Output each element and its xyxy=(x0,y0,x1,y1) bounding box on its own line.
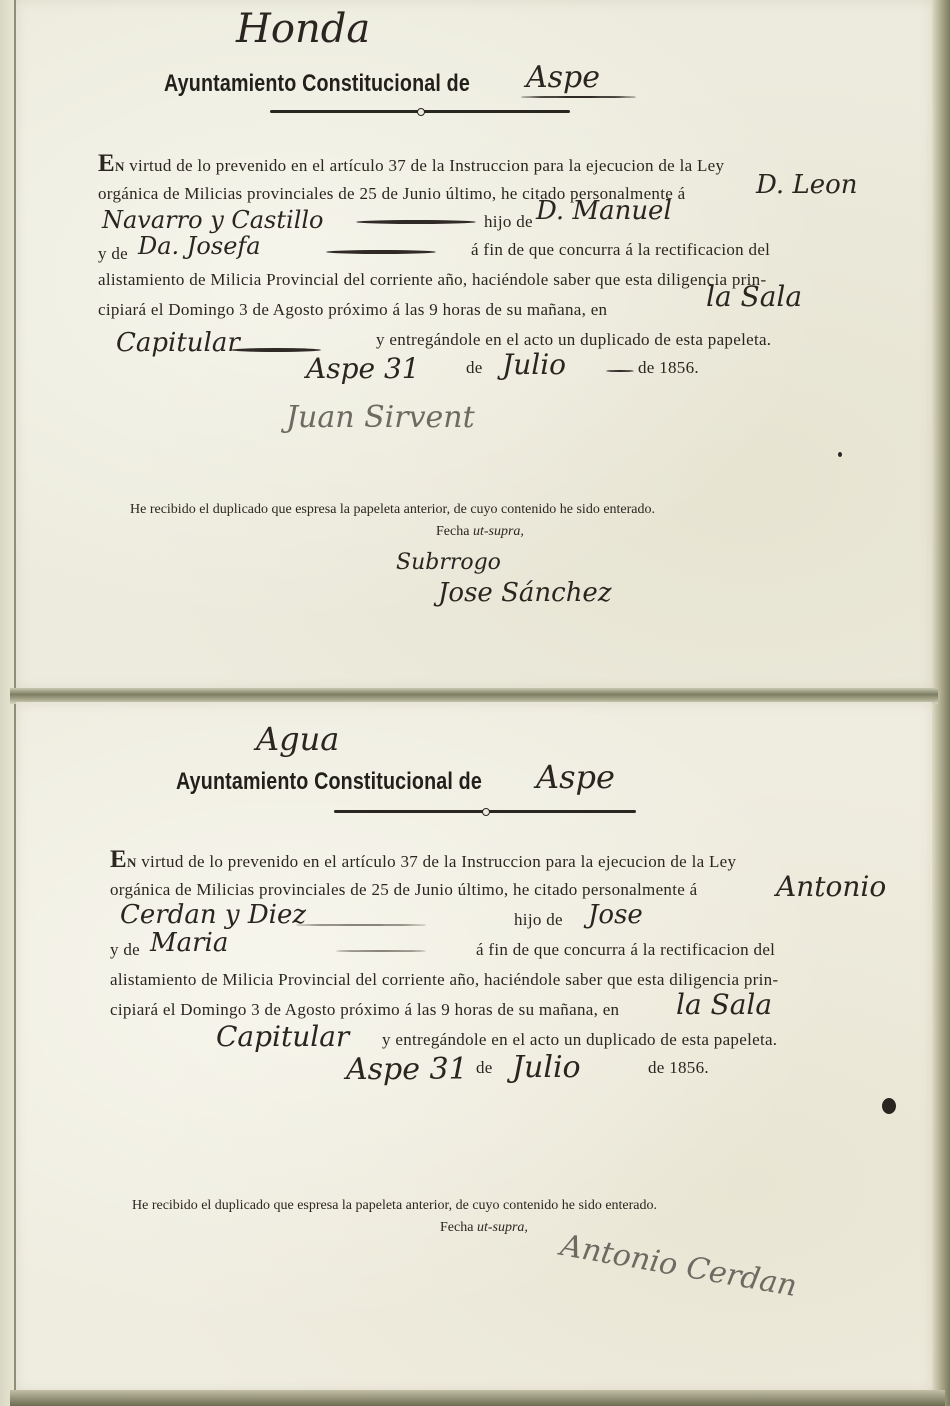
top-location-hand-2: Capitular xyxy=(116,328,240,358)
bottom-mother-name: Maria xyxy=(150,928,228,958)
top-title-handwritten: Aspe xyxy=(526,60,600,95)
ink-blot xyxy=(882,1098,896,1114)
ink-dash xyxy=(296,924,426,926)
ink-dash xyxy=(326,250,436,254)
bottom-body-line-2: orgánica de Milicias provinciales de 25 … xyxy=(110,880,697,900)
top-form-sheet: Honda Ayuntamiento Constitucional de Asp… xyxy=(16,0,932,691)
top-recipient-signature: Jose Sánchez xyxy=(438,578,612,608)
bottom-recipient-signature: Antonio Cerdan xyxy=(558,1228,800,1304)
bottom-date-place: Aspe 31 xyxy=(346,1052,468,1087)
bottom-date-year: de 1856. xyxy=(648,1058,709,1078)
top-header-handwritten: Honda xyxy=(236,6,370,52)
bottom-date-month: Julio xyxy=(512,1050,581,1085)
bottom-body-line-6: cipiará el Domingo 3 de Agosto próximo á… xyxy=(110,1000,619,1020)
bottom-title-printed: Ayuntamiento Constitucional de xyxy=(176,768,482,796)
bottom-page-fold xyxy=(10,1390,945,1406)
bottom-father-name: Jose xyxy=(588,900,643,930)
bottom-body-line-5: alistamiento de Milicia Provincial del c… xyxy=(110,970,778,990)
top-citee-surname: Navarro y Castillo xyxy=(102,206,324,234)
top-date-de: de xyxy=(466,358,483,378)
bottom-citee-name: Antonio xyxy=(776,870,886,903)
top-date-year: de 1856. xyxy=(638,358,699,378)
top-title-printed: Ayuntamiento Constitucional de xyxy=(164,70,470,98)
top-body-line-4: á fin de que concurra á la rectificacion… xyxy=(471,240,770,260)
ink-dash xyxy=(606,370,634,372)
bottom-title-rule xyxy=(334,810,636,813)
ink-dash xyxy=(336,950,426,952)
bottom-header-handwritten: Agua xyxy=(256,720,339,758)
bottom-hijo-de: hijo de xyxy=(514,910,563,930)
bottom-location-hand-2: Capitular xyxy=(216,1020,349,1053)
top-official-signature: Juan Sirvent xyxy=(286,400,475,435)
top-y-de: y de xyxy=(98,244,128,264)
bottom-citee-surname: Cerdan y Diez xyxy=(120,900,306,930)
title-underline xyxy=(521,96,636,98)
bottom-date-de: de xyxy=(476,1058,493,1078)
bottom-body-line-4: á fin de que concurra á la rectificacion… xyxy=(476,940,775,960)
bottom-form-sheet: Agua Ayuntamiento Constitucional de Aspe… xyxy=(16,702,932,1392)
top-title-rule xyxy=(270,110,570,113)
top-mother-name: Da. Josefa xyxy=(138,232,261,260)
top-citee-name: D. Leon xyxy=(756,170,858,200)
top-body-line-7: y entregándole en el acto un duplicado d… xyxy=(376,330,771,350)
bottom-fecha: Fecha ut-supra, xyxy=(440,1220,528,1236)
bottom-title-handwritten: Aspe xyxy=(536,758,615,796)
bottom-receipt-line: He recibido el duplicado que espresa la … xyxy=(132,1198,657,1214)
top-date-place: Aspe 31 xyxy=(306,352,420,385)
top-date-month: Julio xyxy=(502,348,566,381)
ink-dash xyxy=(356,220,476,224)
top-body-line-1: EN virtud de lo prevenido en el artículo… xyxy=(98,150,724,178)
top-father-name: D. Manuel xyxy=(536,196,672,226)
top-body-line-6: cipiará el Domingo 3 de Agosto próximo á… xyxy=(98,300,607,320)
top-recipient-note: Subrrogo xyxy=(396,550,501,575)
top-receipt-line: He recibido el duplicado que espresa la … xyxy=(130,502,655,518)
top-hijo-de: hijo de xyxy=(484,212,533,232)
top-fecha: Fecha ut-supra, xyxy=(436,524,524,540)
bottom-y-de: y de xyxy=(110,940,140,960)
bottom-location-hand: la Sala xyxy=(676,988,772,1021)
ink-spot xyxy=(838,452,842,457)
bottom-body-line-7: y entregándole en el acto un duplicado d… xyxy=(382,1030,777,1050)
bottom-body-line-1: EN virtud de lo prevenido en el artículo… xyxy=(110,846,736,874)
top-location-hand: la Sala xyxy=(706,280,802,313)
top-body-line-5: alistamiento de Milicia Provincial del c… xyxy=(98,270,766,290)
